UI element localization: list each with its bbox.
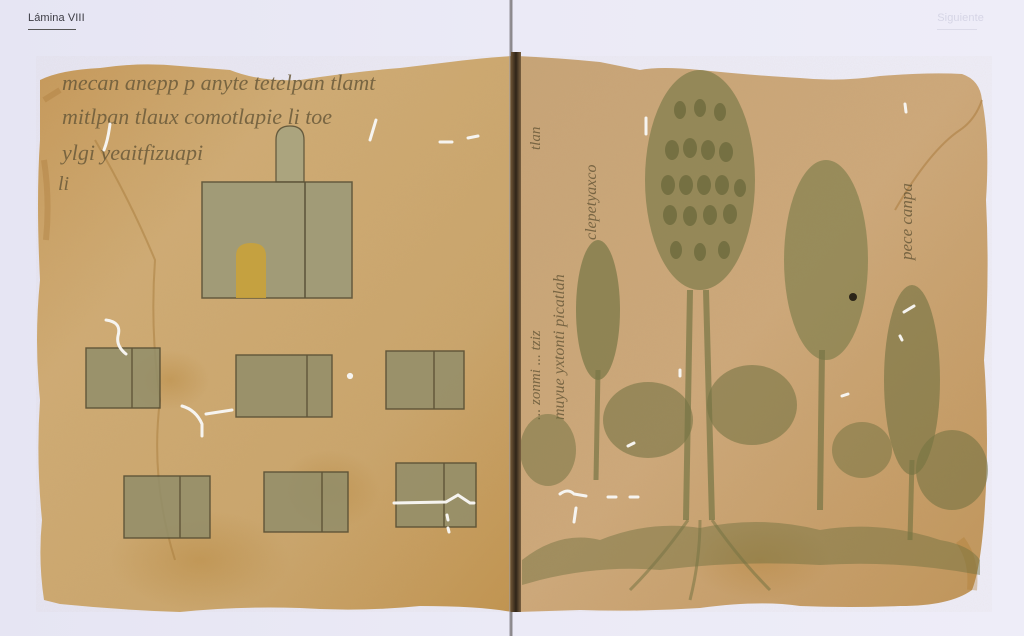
house-5 [264,472,348,532]
vgloss-2: muyue yxtonti picatlah [551,274,568,420]
gloss-line-4: li [58,173,69,195]
vgloss-3: clepetyaxco [583,165,600,241]
house-2 [236,355,332,417]
house-4 [124,476,210,538]
left-page: mecan anepp p anyte tetelpan tlamt mitlp… [36,56,512,612]
gloss-line-2: mitlpan tlaux comotlapie li toe [62,104,332,129]
right-page: ... zonmi ... tziz tlan muyue yxtonti pi… [517,56,992,612]
vgloss-0: tlan [528,127,544,150]
gloss-line-3: ylgi yeaitfizuapi [60,140,203,165]
right-gloss: pece canpa [897,183,916,261]
house-3 [386,351,464,409]
ink-spot [849,293,857,301]
book-gutter [511,52,521,612]
vgloss-1: ... zonmi ... tziz [528,330,544,420]
gloss-line-1: mecan anepp p anyte tetelpan tlamt [62,70,376,95]
house-6 [396,463,476,527]
house-1 [86,348,160,408]
